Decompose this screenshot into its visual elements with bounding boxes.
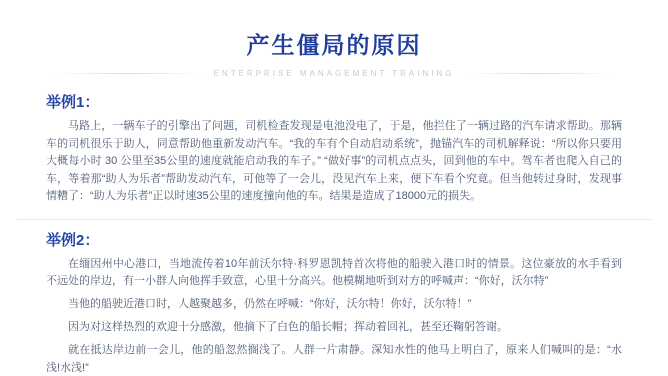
page-title: 产生僵局的原因 [0, 27, 668, 60]
example-2-paragraph-1: 在缅因州中心港口，当地流传着10年前沃尔特·科罗恩凯特首次将他的船驶入港口时的情… [46, 256, 622, 291]
example-1-heading: 举例1： [46, 91, 622, 112]
example-1-section: 举例1： 马路上，一辆车子的引擎出了问题，司机检查发现是电池没电了，于是，他拦住… [0, 91, 668, 206]
subtitle-row: ENTERPRISE MANAGEMENT TRAINING [0, 69, 668, 78]
example-2-paragraph-2: 当他的船驶近港口时，人越聚越多，仍然在呼喊：“你好，沃尔特！你好，沃尔特！” [46, 296, 622, 314]
example-2-paragraph-4: 就在抵达岸边前一会儿，他的船忽然搁浅了。人群一片肃静。深知水性的他马上明白了，原… [46, 342, 622, 376]
subtitle-divider-right [466, 73, 614, 74]
example-2-section: 举例2： 在缅因州中心港口，当地流传着10年前沃尔特·科罗恩凯特首次将他的船驶入… [0, 229, 668, 376]
section-divider [17, 219, 651, 220]
example-1-paragraph: 马路上，一辆车子的引擎出了问题，司机检查发现是电池没电了，于是，他拦住了一辆过路… [46, 118, 622, 206]
slide-header: 产生僵局的原因 ENTERPRISE MANAGEMENT TRAINING [0, 0, 668, 78]
example-2-heading: 举例2： [46, 229, 622, 250]
example-2-paragraph-3: 因为对这样热烈的欢迎十分感激，他摘下了白色的船长帽；挥动着回礼，甚至还鞠躬答谢。 [46, 319, 622, 337]
presentation-slide: 产生僵局的原因 ENTERPRISE MANAGEMENT TRAINING 举… [0, 0, 668, 376]
subtitle-divider-left [54, 73, 202, 74]
page-subtitle: ENTERPRISE MANAGEMENT TRAINING [214, 69, 455, 78]
